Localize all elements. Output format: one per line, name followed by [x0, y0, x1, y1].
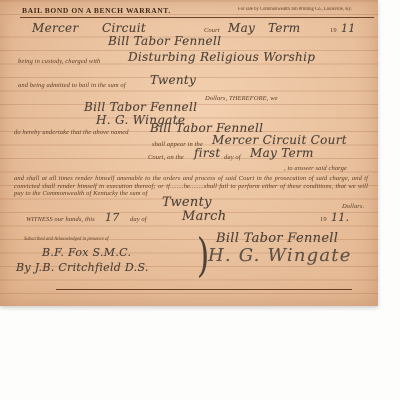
- court-on-label: Court, on the: [148, 154, 184, 161]
- witness-year-prefix: 19: [320, 216, 327, 223]
- witness-year: 11.: [331, 211, 349, 224]
- printer-note: For sale by Commonwealth Job Printing Co…: [238, 7, 352, 12]
- court-name: Mercer Circuit Court: [212, 133, 347, 147]
- dollars-label: Dollars.: [342, 203, 364, 210]
- charge-value: Disturbing Religious Worship: [128, 50, 315, 64]
- signature-surety: H. G. Wingate: [208, 245, 352, 266]
- bail-bond-document: BAIL BOND ON A BENCH WARRANT. For sale b…: [0, 0, 378, 306]
- witness-month: March: [182, 209, 226, 224]
- signature-rule: [56, 289, 352, 290]
- bail-sum-label: and being admitted to bail in the sum of: [18, 82, 126, 89]
- attestation-label: Subscribed and Acknowledged in presence …: [24, 237, 109, 242]
- court-label: Court: [204, 27, 220, 34]
- signature-defendant: Bill Tabor Fennell: [216, 231, 338, 246]
- attesting-witness-1: B.F. Fox S.M.C.: [42, 246, 131, 259]
- dollars-therefore-label: Dollars, THEREFORE, we: [205, 95, 278, 102]
- county-name: Mercer: [32, 21, 78, 35]
- witness-day-of-label: day of: [130, 216, 147, 223]
- year-value: 11: [341, 22, 356, 35]
- attesting-witness-2: By J.B. Critchfield D.S.: [16, 261, 149, 274]
- court-type: Circuit: [102, 21, 146, 35]
- day-of-label: day of: [224, 154, 241, 161]
- custody-charge-label: being in custody, charged with: [18, 58, 100, 65]
- term-value: May Term: [250, 146, 314, 160]
- document-title: BAIL BOND ON A BENCH WARRANT.: [22, 6, 171, 15]
- undertake-label: do hereby undertake that the above named: [14, 129, 129, 136]
- scanned-page-canvas: BAIL BOND ON A BENCH WARRANT. For sale b…: [0, 0, 400, 400]
- year-prefix: 19: [330, 27, 337, 34]
- term-word: Term: [268, 21, 301, 35]
- bail-amount: Twenty: [150, 73, 196, 87]
- header-rule: [20, 17, 374, 18]
- term-month: May: [228, 21, 255, 35]
- appearance-day: first: [194, 146, 221, 160]
- answer-charge-label: , to answer said charge: [284, 165, 347, 172]
- defendant-name-caption: Bill Tabor Fennell: [108, 34, 221, 48]
- surety-name-1: Bill Tabor Fennell: [84, 100, 197, 114]
- witness-day: 17: [105, 211, 120, 224]
- penalty-amount: Twenty: [162, 195, 212, 210]
- witness-label: WITNESS our hands, this: [26, 216, 95, 223]
